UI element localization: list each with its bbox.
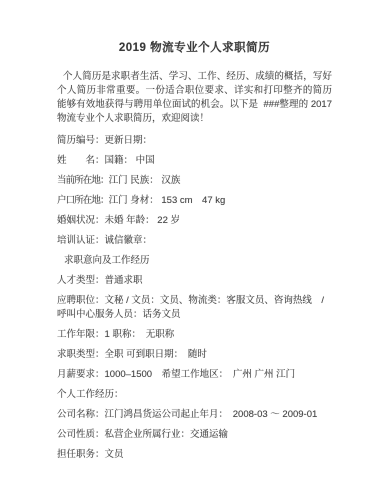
field-label: 人才类型： (57, 274, 105, 288)
resume-field-row: 简历编号：更新日期： (57, 134, 332, 148)
resume-field-row: 当前所在地：江门 民族： 汉族 (57, 174, 332, 188)
intro-paragraph: 个人简历是求职者生活、学习、工作、经历、成绩的概括，写好个人简历非常重要。一份适… (57, 70, 332, 126)
resume-field-row: 婚姻状况：未婚 年龄： 22 岁 (57, 214, 332, 228)
resume-document: 2019 物流专业个人求职简历 个人简历是求职者生活、学习、工作、经历、成绩的概… (0, 0, 386, 500)
resume-field-row: 培训认证：诚信徽章： (57, 234, 332, 248)
resume-field-row: 姓 名：国籍： 中国 (57, 154, 332, 168)
field-label: 应聘职位： (57, 294, 105, 308)
field-value: 私营企业所属行业：交通运输 (105, 429, 229, 440)
field-value: 文员 (105, 449, 124, 460)
field-value: 1000–1500 希望工作地区： 广州 广州 江门 (105, 369, 296, 380)
page-title: 2019 物流专业个人求职简历 (57, 40, 332, 56)
field-value: 1 职称： 无职称 (105, 329, 175, 340)
resume-field-row: 户口所在地：江门 身材： 153 cm 47 kg (57, 194, 332, 208)
field-value: 更新日期： (105, 135, 153, 146)
field-label: 工作年限： (57, 328, 105, 342)
field-value: 江门 民族： 汉族 (109, 175, 181, 186)
resume-field-row: 应聘职位：文秘 / 文员：文员、物流类：客服文员、咨询热线 / 呼叫中心服务人员… (57, 294, 332, 322)
field-label: 月薪要求： (57, 368, 105, 382)
section-heading: 求职意向及工作经历 (57, 254, 332, 268)
field-label: 公司性质： (57, 428, 105, 442)
field-label: 婚姻状况： (57, 214, 105, 228)
resume-field-row: 工作年限：1 职称： 无职称 (57, 328, 332, 342)
field-label: 公司名称： (57, 408, 105, 422)
resume-fields: 简历编号：更新日期：姓 名：国籍： 中国当前所在地：江门 民族： 汉族户口所在地… (57, 134, 332, 462)
field-value: 江门 身材： 153 cm 47 kg (109, 195, 226, 206)
field-value: 全职 可到职日期： 随时 (105, 349, 207, 360)
resume-field-row: 担任职务：文员 (57, 448, 332, 462)
field-value: 普通求职 (105, 275, 143, 286)
section-heading: 个人工作经历： (57, 388, 332, 402)
field-label: 培训认证： (57, 234, 105, 248)
field-value: 未婚 年龄： 22 岁 (105, 215, 181, 226)
field-label: 求职类型： (57, 348, 105, 362)
field-label: 担任职务： (57, 448, 105, 462)
field-label: 当前所在地： (57, 174, 109, 188)
resume-field-row: 公司性质：私营企业所属行业：交通运输 (57, 428, 332, 442)
resume-field-row: 公司名称：江门鸿昌货运公司起止年月： 2008-03 ～ 2009-01 (57, 408, 332, 422)
field-value: 江门鸿昌货运公司起止年月： 2008-03 ～ 2009-01 (105, 409, 318, 420)
field-value: 国籍： 中国 (105, 155, 155, 166)
field-label: 简历编号： (57, 134, 105, 148)
field-value: 诚信徽章： (105, 235, 153, 246)
resume-field-row: 月薪要求：1000–1500 希望工作地区： 广州 广州 江门 (57, 368, 332, 382)
field-label: 姓 名： (57, 154, 105, 168)
field-label: 户口所在地： (57, 194, 109, 208)
resume-field-row: 人才类型：普通求职 (57, 274, 332, 288)
resume-field-row: 求职类型：全职 可到职日期： 随时 (57, 348, 332, 362)
